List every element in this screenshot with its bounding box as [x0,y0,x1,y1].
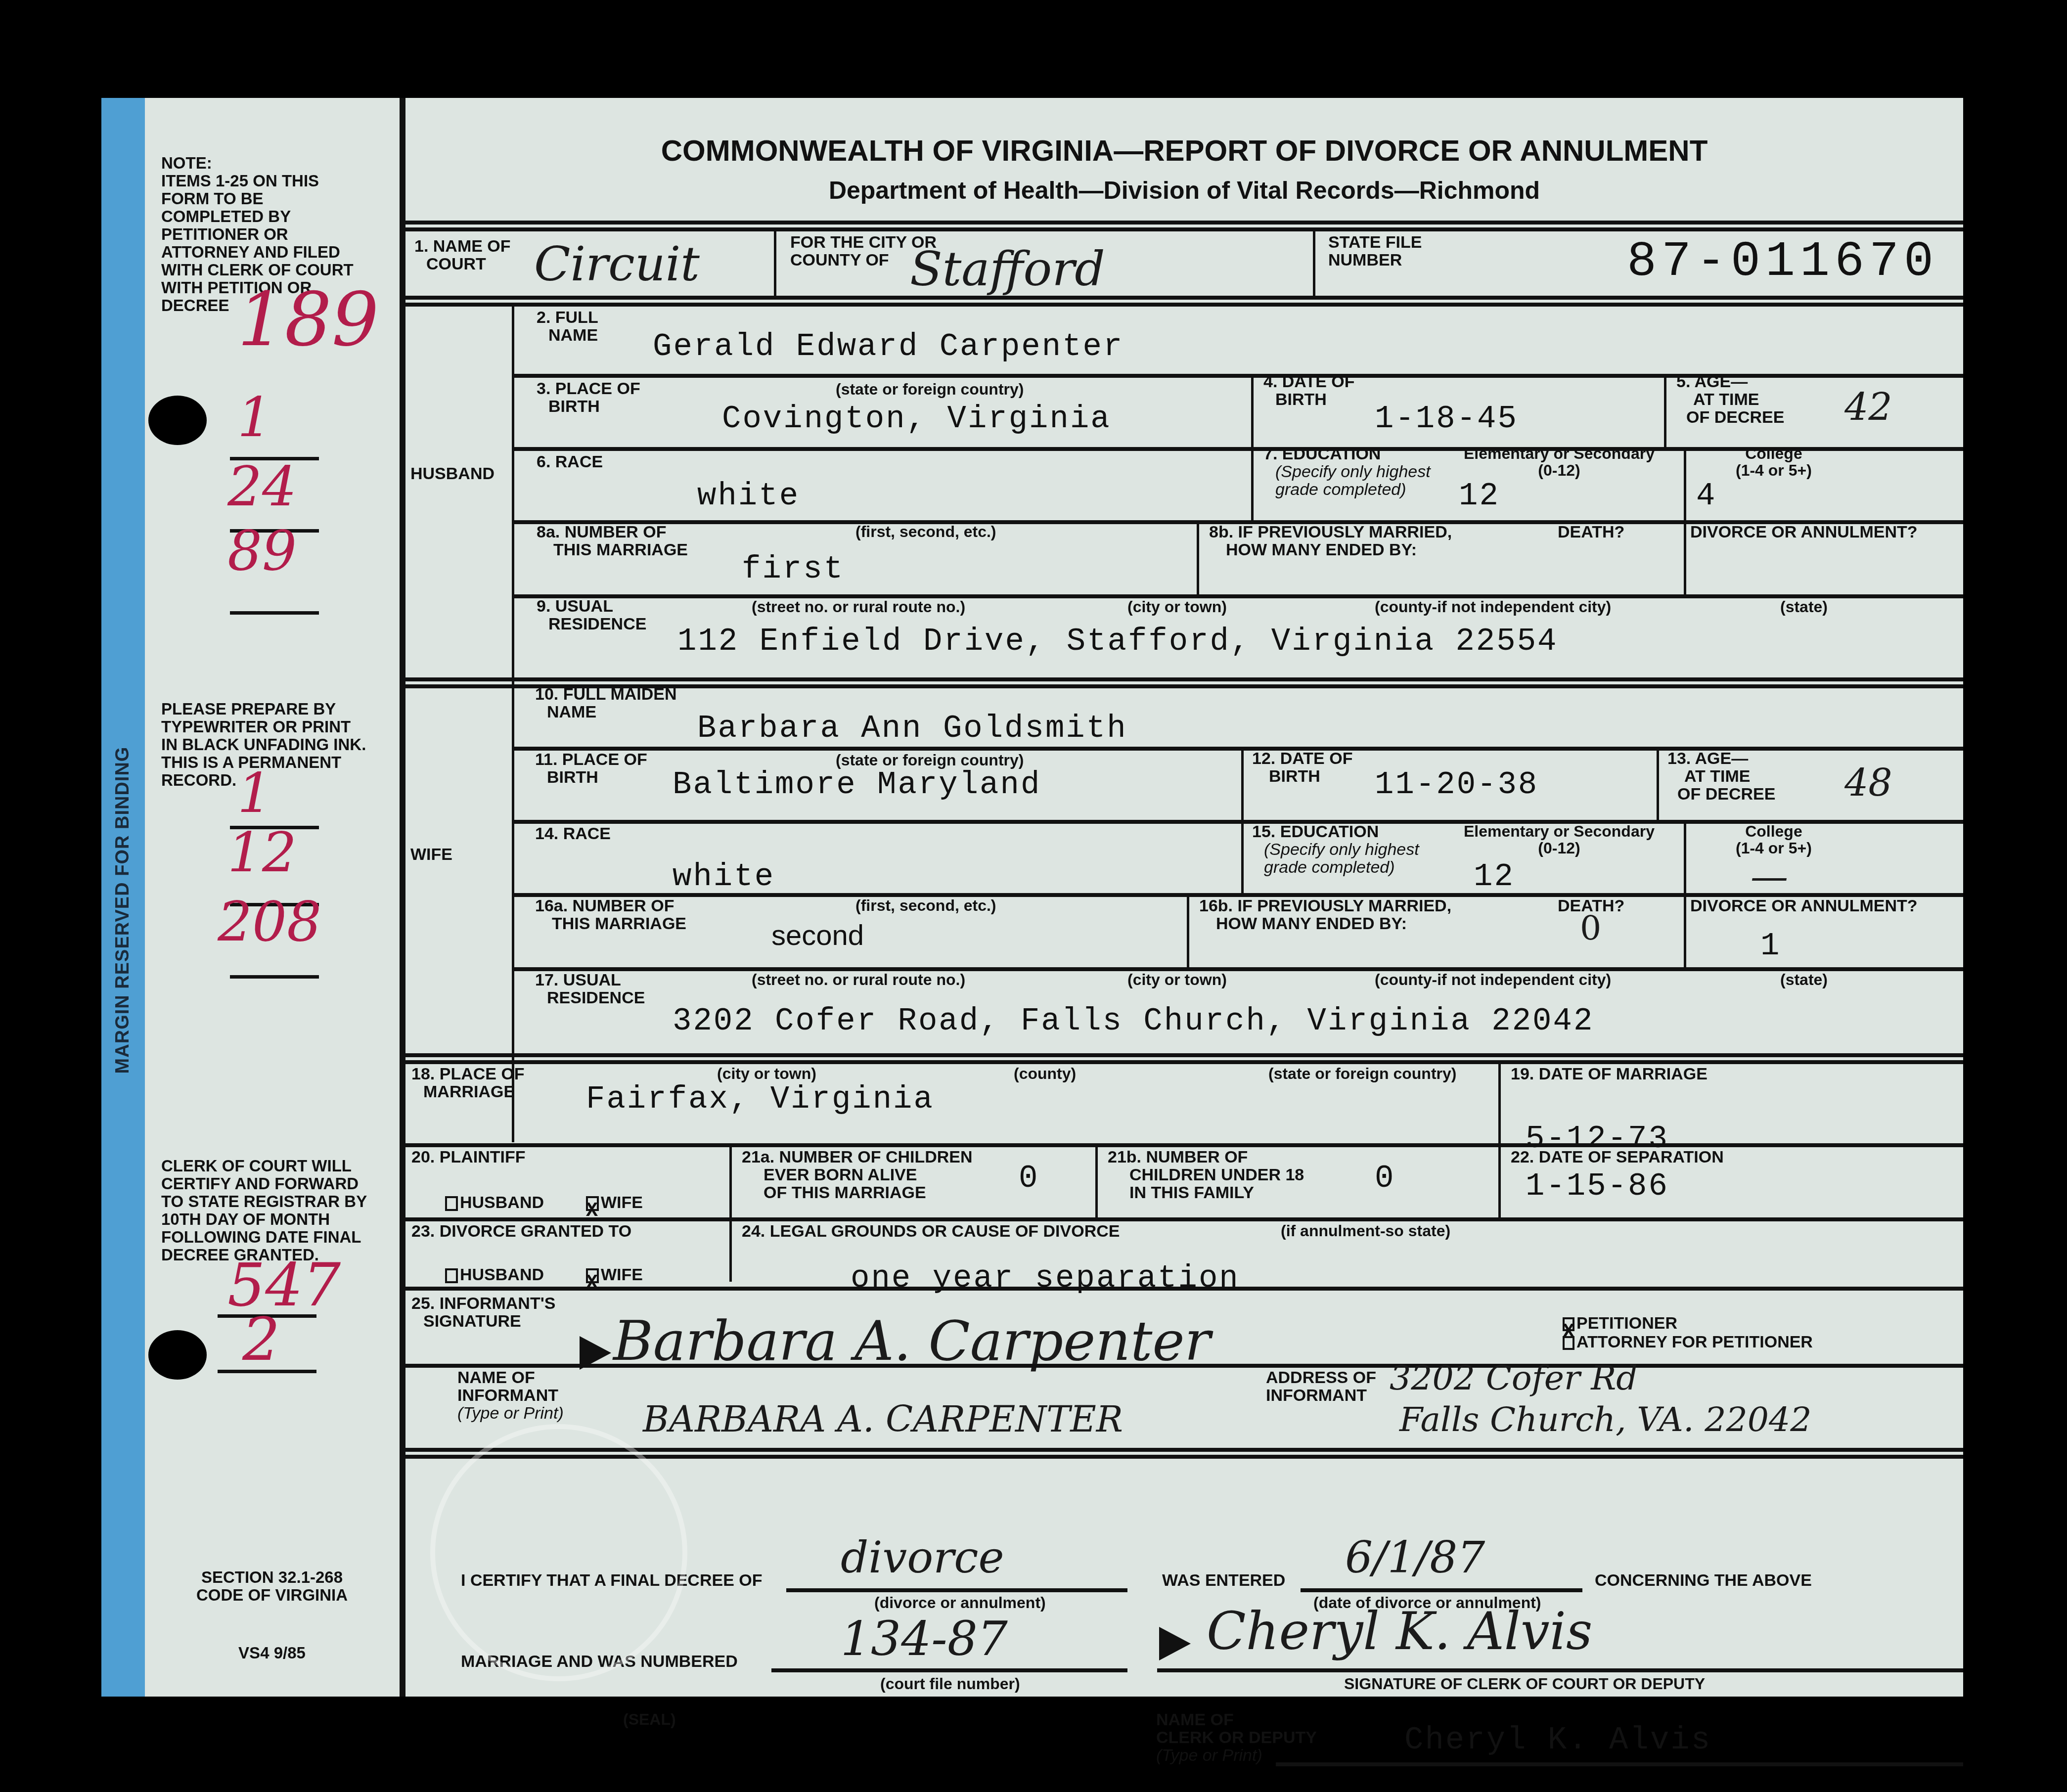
husband-name[interactable]: Gerald Edward Carpenter [653,329,1123,365]
wife-dob-label: 12. DATE OFBIRTH [1252,750,1352,785]
red-fraction-1-mid: 24 [227,455,297,518]
plaintiff-label: 20. PLAINTIFF [411,1148,525,1166]
wife-marriage-number[interactable]: second [771,919,864,952]
wife-death-count[interactable]: 0 [1580,909,1601,948]
granted-husband-option[interactable]: HUSBAND [445,1266,544,1284]
seal-label: (SEAL) [623,1711,676,1728]
husband-edu-elem-label: Elementary or Secondary(0-12) [1464,445,1655,479]
husband-race-label: 6. RACE [537,453,603,471]
place-hint-county: (county) [1014,1065,1076,1082]
legal-grounds[interactable]: one year separation [851,1261,1240,1297]
rule [405,1060,1963,1064]
red-fraction-1-num: 1 [237,386,272,449]
wife-residence-label: 17. USUALRESIDENCE [535,971,645,1007]
residence-hint-street: (street no. or rural route no.) [752,598,965,615]
husband-birthplace-label: 3. PLACE OFBIRTH [537,380,640,415]
clerk-name-label: NAME OFCLERK OR DEPUTY(Type or Print) [1156,1711,1317,1764]
rule [405,1287,1963,1291]
decree-type[interactable]: divorce [841,1532,1004,1583]
wife-edu-elem[interactable]: 12 [1474,859,1515,895]
red-fraction-2-mid: 12 [227,821,297,884]
wife-age[interactable]: 48 [1844,761,1892,805]
children-born-label: 21a. NUMBER OF CHILDRENEVER BORN ALIVEOF… [742,1148,973,1202]
rule [1301,1588,1582,1592]
rule [786,1588,1127,1592]
rule [512,967,1963,971]
embossed-seal [430,1424,687,1681]
rule [405,296,1963,300]
entered-text: WAS ENTERED [1162,1571,1285,1589]
rule [1664,374,1666,447]
wife-divorce-count[interactable]: 1 [1760,929,1781,964]
rule [512,594,1963,598]
residence-hint-county: (county-if not independent city) [1375,598,1611,615]
checkbox-icon[interactable] [445,1196,458,1211]
binding-margin-label: MARGIN RESERVED FOR BINDING [101,732,145,1088]
role-petitioner-option[interactable]: PETITIONER [1563,1314,1677,1332]
stub-rule [218,1370,316,1373]
husband-section-label: HUSBAND [410,465,494,483]
marriage-date-label: 19. DATE OF MARRIAGE [1511,1065,1708,1083]
residence-hint-street: (street no. or rural route no.) [752,971,965,988]
separation-date[interactable]: 1-15-86 [1526,1169,1669,1205]
marriage-place-label: 18. PLACE OFMARRIAGE [411,1065,525,1101]
rule [1684,820,1686,893]
wife-birthplace[interactable]: Baltimore Maryland [673,767,1041,803]
rule [405,1217,1963,1221]
husband-birthplace-hint: (state or foreign country) [836,381,1024,398]
stub-rule [230,975,319,979]
place-hint-state: (state or foreign country) [1268,1065,1456,1082]
husband-dob[interactable]: 1-18-45 [1375,402,1518,437]
court-file-number[interactable]: 134-87 [841,1611,1008,1666]
clerk-name[interactable]: Cheryl K. Alvis [1404,1723,1711,1758]
rule [1095,1143,1098,1217]
residence-hint-state: (state) [1780,598,1828,615]
wife-age-label: 13. AGE—AT TIMEOF DECREE [1667,750,1775,803]
wife-divorce-label: DIVORCE OR ANNULMENT? [1690,897,1918,915]
rule [405,1053,1963,1057]
residence-hint-city: (city or town) [1127,971,1227,988]
wife-race-label: 14. RACE [535,825,611,843]
informant-address-line1[interactable]: 3202 Cofer Rd [1390,1359,1638,1398]
decree-type-hint: (divorce or annulment) [874,1594,1046,1611]
checked-checkbox-icon[interactable] [586,1268,599,1283]
sign-here-arrow-icon [1159,1627,1191,1660]
husband-death-label: DEATH? [1558,523,1624,541]
informant-signature[interactable]: Barbara A. Carpenter [613,1309,1211,1373]
wife-dob[interactable]: 11-20-38 [1375,767,1538,803]
rule [771,1668,1127,1672]
checked-checkbox-icon[interactable] [586,1196,599,1211]
divorce-granted-label: 23. DIVORCE GRANTED TO [411,1222,631,1240]
red-fraction-2-den: 208 [218,890,321,953]
wife-education-label: 15. EDUCATION(Specify only highestgrade … [1252,823,1419,876]
rule [1241,747,1244,820]
stub-section: SECTION 32.1-268CODE OF VIRGINIA [178,1568,366,1604]
legal-grounds-hint: (if annulment-so state) [1281,1222,1450,1239]
husband-dob-label: 4. DATE OFBIRTH [1263,373,1355,408]
informant-address-line2[interactable]: Falls Church, VA. 22042 [1399,1400,1812,1439]
wife-residence[interactable]: 3202 Cofer Road, Falls Church, Virginia … [673,1004,1594,1039]
rule [405,303,1963,307]
checked-checkbox-icon[interactable] [1563,1317,1574,1331]
rule [1684,520,1686,594]
checkbox-icon[interactable] [445,1268,458,1283]
binding-hole-bottom [148,1330,207,1380]
wife-name-label: 10. FULL MAIDENNAME [535,685,677,721]
informant-address-label: ADDRESS OFINFORMANT [1266,1369,1376,1404]
children-under18-count[interactable]: 0 [1375,1161,1395,1197]
rule [405,1143,1963,1147]
husband-marriage-number-hint: (first, second, etc.) [855,523,996,540]
separation-date-label: 22. DATE OF SEPARATION [1511,1148,1724,1166]
wife-edu-elem-label: Elementary or Secondary(0-12) [1464,823,1655,856]
husband-age-label: 5. AGE—AT TIMEOF DECREE [1676,373,1784,426]
rule [1251,447,1254,520]
wife-marriage-number-hint: (first, second, etc.) [855,897,996,914]
husband-marriage-number-label: 8a. NUMBER OFTHIS MARRIAGE [537,523,688,559]
wife-birthplace-label: 11. PLACE OFBIRTH [535,751,647,786]
checkbox-icon[interactable] [1563,1336,1574,1350]
form-subtitle: Department of Health—Division of Vital R… [405,176,1963,205]
husband-race[interactable]: white [697,479,800,514]
marriage-place[interactable]: Fairfax, Virginia [586,1082,934,1118]
binding-hole-top [148,396,207,445]
husband-residence-label: 9. USUALRESIDENCE [537,597,646,633]
court-file-number-hint: (court file number) [880,1675,1020,1692]
rule [1313,229,1315,296]
rule [1197,520,1199,594]
husband-name-label: 2. FULLNAME [537,309,598,344]
clerk-signature[interactable]: Cheryl K. Alvis [1207,1601,1592,1661]
entered-date[interactable]: 6/1/87 [1345,1532,1485,1583]
rule [405,1364,1963,1368]
husband-divorce-label: DIVORCE OR ANNULMENT? [1690,523,1918,541]
children-under18-label: 21b. NUMBER OFCHILDREN UNDER 18IN THIS F… [1108,1148,1304,1202]
rule [1684,893,1686,967]
red-annotation-top: 189 [237,277,379,363]
red-fraction-1-den: 89 [227,519,297,582]
husband-edu-college-label: College(1-4 or 5+) [1736,445,1812,479]
residence-hint-state: (state) [1780,971,1828,988]
husband-prev-married-label: 8b. IF PREVIOUSLY MARRIED,HOW MANY ENDED… [1209,523,1452,559]
granted-wife-option[interactable]: WIFE [586,1266,643,1284]
rule [405,227,1963,231]
stub-divider [400,98,405,1697]
husband-edu-elem[interactable]: 12 [1459,479,1500,514]
rule [1498,1143,1501,1217]
place-hint-city: (city or town) [717,1065,816,1082]
husband-edu-college[interactable]: 4 [1696,479,1716,514]
informant-signature-label: 25. INFORMANT'SSIGNATURE [411,1295,555,1330]
residence-hint-county: (county-if not independent city) [1375,971,1611,988]
legal-grounds-label: 24. LEGAL GROUNDS OR CAUSE OF DIVORCE [742,1222,1120,1240]
rule [729,1143,732,1282]
court-label: 1. NAME OFCOURT [414,237,511,273]
concerning-text: CONCERNING THE ABOVE [1595,1571,1812,1589]
plaintiff-wife-option[interactable]: WIFE [586,1194,643,1211]
children-born-count[interactable]: 0 [1019,1161,1039,1197]
rule [405,221,1963,224]
residence-hint-city: (city or town) [1127,598,1227,615]
stub-clerk-note: CLERK OF COURT WILLCERTIFY AND FORWARDTO… [161,1157,367,1264]
wife-marriage-number-label: 16a. NUMBER OFTHIS MARRIAGE [535,897,686,933]
rule [1657,747,1659,820]
wife-edu-college[interactable]: — [1751,854,1788,898]
rule [1498,1060,1501,1146]
wife-edu-college-label: College(1-4 or 5+) [1736,823,1812,856]
role-attorney-option[interactable]: ATTORNEY FOR PETITIONER [1563,1333,1813,1351]
rule [1157,1668,1963,1672]
informant-name[interactable]: BARBARA A. CARPENTER [643,1398,1123,1440]
form-title: COMMONWEALTH OF VIRGINIA—REPORT OF DIVOR… [405,134,1963,168]
rule [405,677,1963,681]
wife-race[interactable]: white [673,859,775,895]
county-value[interactable]: Stafford [910,241,1105,297]
state-file-label: STATE FILENUMBER [1328,233,1422,269]
husband-education-label: 7. EDUCATION(Specify only highestgrade c… [1263,445,1431,498]
wife-section-label: WIFE [410,846,452,863]
clerk-signature-label: SIGNATURE OF CLERK OF COURT OR DEPUTY [1344,1675,1705,1692]
husband-residence[interactable]: 112 Enfield Drive, Stafford, Virginia 22… [677,624,1558,660]
husband-age[interactable]: 42 [1844,385,1892,429]
wife-birthplace-hint: (state or foreign country) [836,752,1024,768]
plaintiff-husband-option[interactable]: HUSBAND [445,1194,544,1211]
court-name-value[interactable]: Circuit [534,236,700,292]
wife-name[interactable]: Barbara Ann Goldsmith [697,711,1127,747]
rule [1276,1762,1963,1766]
rule [1684,447,1686,520]
state-file-number[interactable]: 87-011670 [1627,234,1938,290]
red-bottom-den: 2 [242,1305,280,1374]
red-fraction-2-num: 1 [237,762,272,825]
form-number: VS4 9/85 [178,1644,366,1662]
husband-marriage-number[interactable]: first [742,552,844,587]
rule [405,1448,1963,1452]
stub-rule [230,611,319,615]
rule [1241,820,1244,893]
wife-prev-married-label: 16b. IF PREVIOUSLY MARRIED,HOW MANY ENDE… [1199,897,1451,933]
rule [774,229,776,296]
rule [1187,893,1189,967]
informant-name-label: NAME OFINFORMANT(Type or Print) [457,1369,564,1422]
rule [1251,374,1254,447]
husband-birthplace[interactable]: Covington, Virginia [722,402,1111,437]
